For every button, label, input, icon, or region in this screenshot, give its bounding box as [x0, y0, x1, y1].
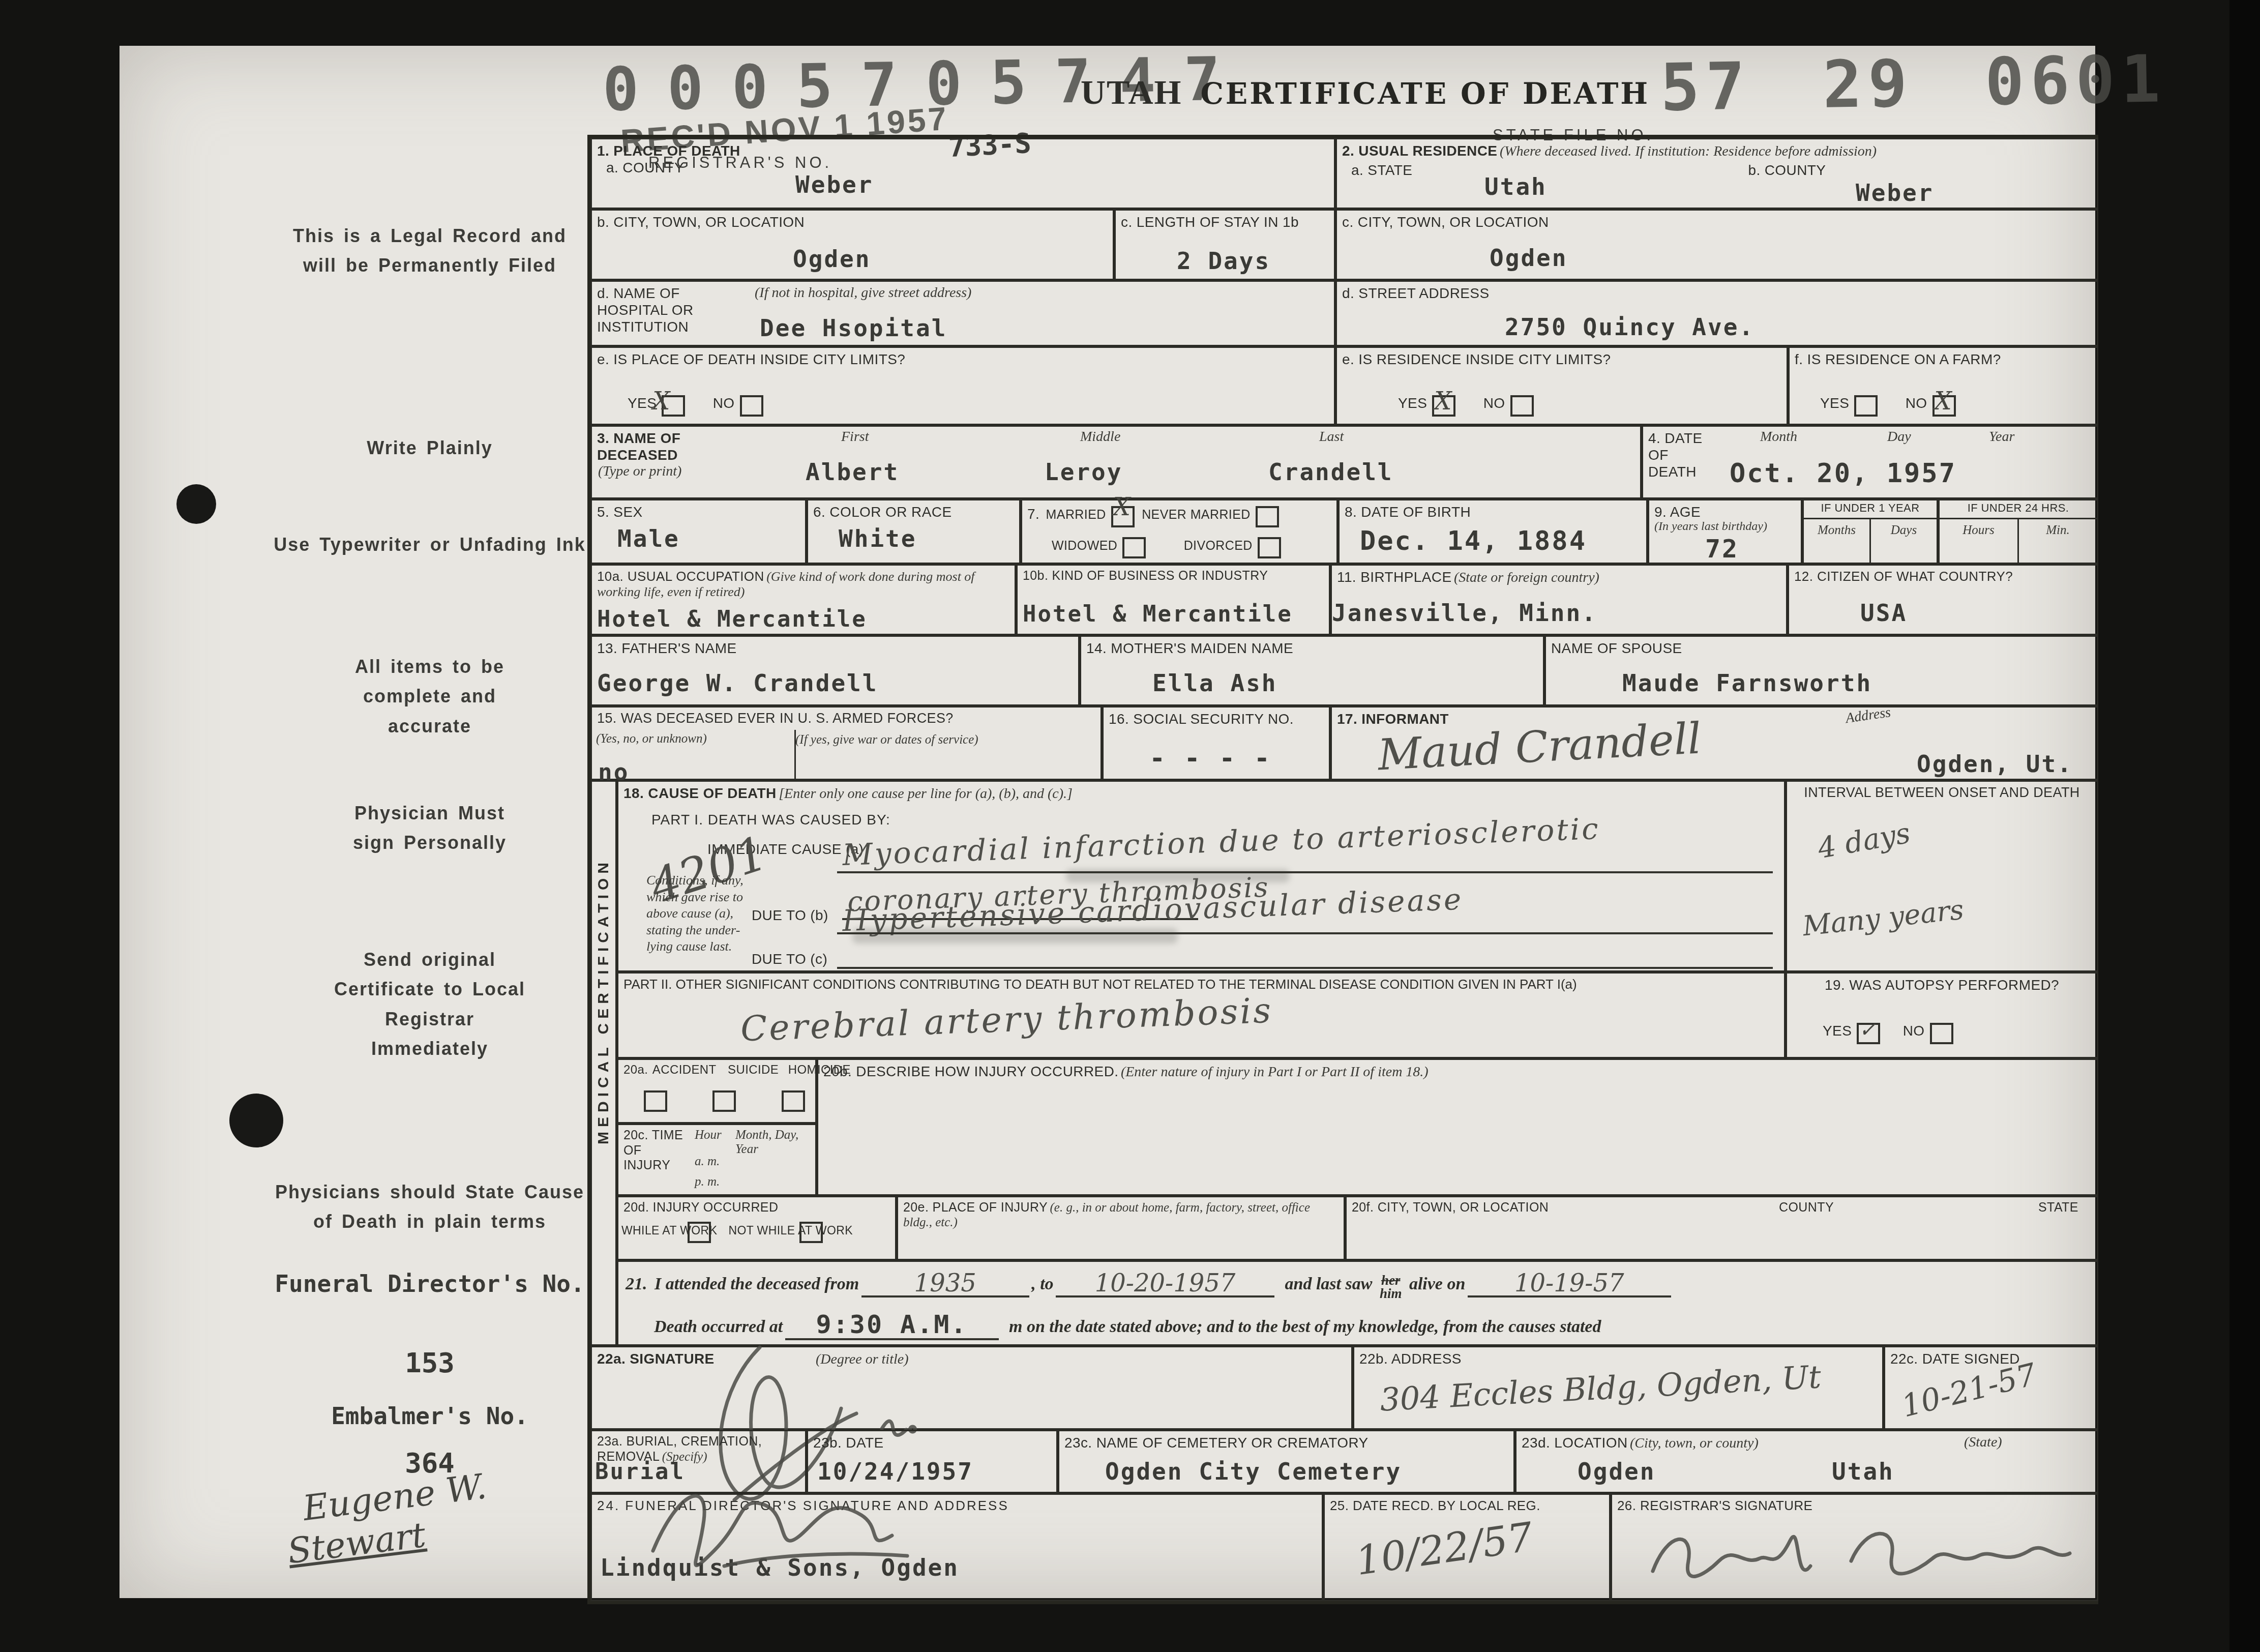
informant-label: 17. INFORMANT [1337, 711, 1449, 727]
last-name-column-label: Last [1319, 429, 1344, 445]
mdy-hint: Month, Day, Year [735, 1128, 815, 1157]
medical-certification-strip: MEDICAL CERTIFICATION [590, 780, 617, 1346]
time-of-injury-label: 20c. TIME OF INJURY [623, 1128, 690, 1173]
field-funeral-director: 24. FUNERAL DIRECTOR'S SIGNATURE AND ADD… [590, 1493, 1323, 1601]
margin-note-complete-accurate: All items to be complete and accurate [318, 652, 542, 741]
usual-residence-hint: (Where deceased lived. If institution: R… [1500, 143, 1877, 159]
field-birthplace: 11. BIRTHPLACE (State or foreign country… [1330, 564, 1788, 635]
death-city-limits-label: e. IS PLACE OF DEATH INSIDE CITY LIMITS? [597, 351, 1329, 368]
field-if-under-1-year: IF UNDER 1 YEAR Months Days [1802, 499, 1938, 564]
date-of-birth-label: 8. DATE OF BIRTH [1345, 504, 1641, 520]
not-while-at-work-checkbox [799, 1222, 823, 1243]
accident-checkbox [644, 1090, 667, 1112]
street-address-label: d. STREET ADDRESS [1342, 285, 2092, 302]
field-injury-occurred: 20d. INJURY OCCURRED WHILE AT WORK NOT W… [617, 1196, 897, 1260]
divorced-label: DIVORCED [1184, 539, 1253, 553]
describe-injury-label: 20b. DESCRIBE HOW INJURY OCCURRED. [823, 1064, 1118, 1079]
hospital-value: Dee Hsopital [760, 314, 947, 342]
yes-checkbox: X [662, 395, 685, 417]
pm-label: p. m. [695, 1175, 720, 1189]
part1-label: PART I. DEATH WAS CAUSED BY: [651, 811, 890, 828]
20a-number: 20a. [623, 1063, 648, 1077]
first-name-column-label: First [841, 429, 869, 445]
length-of-stay-value: 2 Days [1177, 247, 1270, 275]
mother-name-label: 14. MOTHER'S MAIDEN NAME [1086, 640, 1538, 657]
citizenship-label: 12. CITIZEN OF WHAT COUNTRY? [1794, 569, 2092, 584]
birthplace-label: 11. BIRTHPLACE [1337, 569, 1452, 585]
married-check-mark: X [1113, 495, 1131, 519]
field-usual-residence-state-county: 2. USUAL RESIDENCE (Where deceased lived… [1335, 138, 2098, 209]
field-date-signed: 22c. DATE SIGNED 10-21-57 [1884, 1346, 2098, 1430]
field-burial-location: 23d. LOCATION (City, town, or county) (S… [1515, 1430, 2098, 1493]
residence-county-value: Weber [1856, 179, 1934, 206]
field-time-of-injury: 20c. TIME OF INJURY Hour Month, Day, Yea… [617, 1124, 817, 1196]
field-father-name: 13. FATHER'S NAME George W. Crandell [590, 635, 1080, 706]
occupation-value: Hotel & Mercantile [597, 606, 867, 632]
first-name-value: Albert [806, 458, 899, 486]
married-label: MARRIED [1046, 508, 1106, 522]
field-date-of-birth: 8. DATE OF BIRTH Dec. 14, 1884 [1338, 499, 1648, 564]
field-autopsy: 19. WAS AUTOPSY PERFORMED? YES✓ NO [1786, 972, 2098, 1058]
informant-address-label: Address [1845, 704, 1892, 727]
punch-hole-top [176, 484, 216, 524]
conditions-note: Conditions, if any, which gave rise to a… [646, 872, 748, 955]
last-name-value: Crandell [1268, 458, 1393, 486]
age-label: 9. AGE [1654, 504, 1701, 520]
field-interval-onset-death: INTERVAL BETWEEN ONSET AND DEATH 4 days … [1786, 780, 2098, 972]
burial-state-hint: (State) [1964, 1434, 2002, 1451]
date-of-death-value: Oct. 20, 1957 [1730, 458, 1956, 489]
birthplace-hint: (State or foreign country) [1454, 570, 1599, 585]
cemetery-value: Ogden City Cemetery [1105, 1458, 1402, 1485]
days-label: Days [1869, 519, 1937, 563]
scan-right-black-band [2229, 0, 2260, 1652]
physician-address-handwritten: 304 Eccles Bldg, Ogden, Ut [1379, 1358, 1822, 1418]
field-residence-on-farm: f. IS RESIDENCE ON A FARM? YES NOX [1788, 346, 2098, 425]
accident-label: ACCIDENT [652, 1063, 717, 1077]
residence-farm-label: f. IS RESIDENCE ON A FARM? [1795, 351, 2092, 368]
field-length-of-stay: c. LENGTH OF STAY IN 1b 2 Days [1114, 209, 1335, 280]
armed-forces-label: 15. WAS DECEASED EVER IN U. S. ARMED FOR… [597, 711, 1095, 727]
interval-label: INTERVAL BETWEEN ONSET AND DEATH [1792, 785, 2092, 801]
injury-county-label: COUNTY [1779, 1200, 1834, 1216]
no-checkbox [1510, 395, 1534, 417]
cause-line-a1-handwritten: Myocardial infarction due to arterioscle… [842, 811, 1600, 872]
never-married-label: NEVER MARRIED [1142, 508, 1251, 522]
injury-state-label: STATE [2038, 1200, 2078, 1216]
month-column-label: Month [1760, 429, 1797, 445]
marital-number: 7. [1027, 506, 1039, 522]
statement-t3: and last saw [1285, 1275, 1372, 1293]
statement-t6: m on the date stated above; and to the b… [1009, 1317, 1601, 1336]
armed-forces-hint2: (If yes, give war or dates of service) [795, 733, 978, 747]
field-place-of-death-county: 1. PLACE OF DEATH a. COUNTY Weber [590, 138, 1335, 209]
field-hospital-name: d. NAME OF HOSPITAL OR INSTITUTION (If n… [590, 280, 1335, 346]
suicide-checkbox [712, 1090, 736, 1112]
field-spouse-name: NAME OF SPOUSE Maude Farnsworth [1544, 635, 2098, 706]
cause-of-death-hint: [Enter only one cause per line for (a), … [779, 786, 1073, 802]
certificate-title: UTAH CERTIFICATE OF DEATH [1081, 72, 1650, 112]
residence-state-label: a. STATE [1351, 162, 1412, 179]
usual-residence-title: 2. USUAL RESIDENCE [1342, 143, 1497, 159]
field-accident-suicide-homicide: 20a. ACCIDENT SUICIDE HOMICIDE [617, 1058, 817, 1124]
business-value: Hotel & Mercantile [1023, 601, 1293, 627]
certificate-paper: 0005705747 REC'D NOV 1 1957 REGISTRAR'S … [120, 46, 2095, 1598]
title-state: UTAH [1081, 72, 1182, 112]
widowed-checkbox [1122, 537, 1146, 558]
under-1-year-label: IF UNDER 1 YEAR [1806, 501, 1935, 515]
residence-city-label: c. CITY, TOWN, OR LOCATION [1342, 214, 2092, 230]
no-label: NO [1903, 1023, 1925, 1039]
injury-occurred-label: 20d. INJURY OCCURRED [623, 1200, 890, 1216]
age-value: 72 [1705, 534, 1739, 564]
homicide-checkbox [782, 1090, 805, 1112]
field-residence-inside-city-limits: e. IS RESIDENCE INSIDE CITY LIMITS? YESX… [1335, 346, 1788, 425]
sex-label: 5. SEX [597, 504, 800, 520]
months-label: Months [1804, 519, 1869, 563]
mother-name-value: Ella Ash [1152, 669, 1277, 697]
autopsy-label: 19. WAS AUTOPSY PERFORMED? [1792, 977, 2092, 993]
field-date-received: 25. DATE RECD. BY LOCAL REG. 10/22/57 [1323, 1493, 1611, 1601]
margin-note-write-plainly: Write Plainly [287, 433, 572, 463]
county-value: Weber [795, 171, 873, 198]
spouse-label: NAME OF SPOUSE [1551, 640, 2092, 657]
field-usual-occupation: 10a. USUAL OCCUPATION (Give kind of work… [590, 564, 1016, 635]
burial-city-value: Ogden [1578, 1458, 1655, 1485]
certificate-form: 1. PLACE OF DEATH a. COUNTY Weber 2. USU… [587, 135, 2098, 1604]
middle-name-column-label: Middle [1080, 429, 1120, 445]
county-label: a. COUNTY [606, 159, 1329, 176]
funeral-director-no-value: 153 [272, 1345, 587, 1381]
street-address-value: 2750 Quincy Ave. [1505, 313, 1755, 341]
yes-checkbox: X [1432, 395, 1455, 417]
due-to-b-label: DUE TO (b) [752, 907, 828, 924]
margin-note-physician-sign: Physician Must sign Personally [338, 799, 521, 858]
spouse-value: Maude Farnsworth [1622, 669, 1872, 697]
field-death-inside-city-limits: e. IS PLACE OF DEATH INSIDE CITY LIMITS?… [590, 346, 1335, 425]
punch-hole-bottom [229, 1094, 283, 1147]
residence-city-limits-label: e. IS RESIDENCE INSIDE CITY LIMITS? [1342, 351, 1781, 368]
hours-label: Hours [1940, 519, 2017, 563]
embalmers-no-label: Embalmer's No. [272, 1401, 587, 1432]
date-of-birth-value: Dec. 14, 1884 [1360, 526, 1587, 556]
field-cemetery-name: 23c. NAME OF CEMETERY OR CREMATORY Ogden… [1058, 1430, 1515, 1493]
field-registrar-signature: 26. REGISTRAR'S SIGNATURE [1611, 1493, 2098, 1601]
field-street-address: d. STREET ADDRESS 2750 Quincy Ave. [1335, 280, 2098, 346]
attended-from-handwritten: 1935 [914, 1269, 976, 1297]
place-of-injury-label: 20e. PLACE OF INJURY [903, 1200, 1048, 1215]
date-received-label: 25. DATE RECD. BY LOCAL REG. [1330, 1498, 1604, 1514]
informant-address-value: Ogden, Ut. [1917, 750, 2073, 778]
title-main: CERTIFICATE OF DEATH [1200, 77, 1650, 111]
field-physician-signature: 22a. SIGNATURE (Degree or title) [590, 1346, 1353, 1430]
interval-b-handwritten: Many years [1801, 894, 1966, 942]
type-or-print-hint: (Type or print) [598, 463, 681, 480]
funeral-director-no-label: Funeral Director's No. [272, 1269, 587, 1300]
statement-t4: alive on [1409, 1275, 1465, 1293]
field-age: 9. AGE (In years last birthday) 72 [1648, 499, 1802, 564]
field-name-of-deceased: 3. NAME OF DECEASED (Type or print) Firs… [590, 425, 1642, 499]
divorced-checkbox [1258, 537, 1281, 558]
never-married-checkbox [1256, 506, 1279, 527]
state-file-no-stamp: 57 29 0601 [1660, 41, 2167, 126]
no-label: NO [1483, 395, 1505, 411]
field-citizenship: 12. CITIZEN OF WHAT COUNTRY? USA [1788, 564, 2098, 635]
field-part2-conditions: PART II. OTHER SIGNIFICANT CONDITIONS CO… [617, 972, 1786, 1058]
middle-name-value: Leroy [1045, 458, 1122, 486]
while-at-work-checkbox [688, 1222, 711, 1243]
armed-forces-hint1: (Yes, no, or unknown) [596, 732, 707, 746]
field-color-or-race: 6. COLOR OR RACE White [807, 499, 1021, 564]
father-name-label: 13. FATHER'S NAME [597, 640, 1073, 657]
widowed-label: WIDOWED [1052, 539, 1117, 553]
funeral-director-signature-squiggle [622, 1449, 928, 1597]
ssn-value: - - - - [1149, 743, 1271, 774]
due-to-c-label: DUE TO (c) [752, 951, 827, 967]
margin-note-plain-terms: Physicians should State Cause of Death i… [272, 1177, 587, 1237]
married-checkbox: X [1111, 506, 1135, 527]
field-informant: 17. INFORMANT Address Maud Crandell Ogde… [1330, 706, 2098, 780]
field-armed-forces: 15. WAS DECEASED EVER IN U. S. ARMED FOR… [590, 706, 1102, 780]
statement-t1: I attended the deceased from [655, 1275, 859, 1293]
field-marital-status: 7. MARRIEDX NEVER MARRIED WIDOWED DIVORC… [1021, 499, 1338, 564]
margin-note-send-original: Send original Certificate to Local Regis… [333, 945, 526, 1064]
autopsy-no-checkbox [1930, 1023, 1953, 1044]
registrar-signature-squiggle [1632, 1510, 2080, 1602]
attended-to-handwritten: 10-20-1957 [1095, 1269, 1236, 1297]
field-describe-injury: 20b. DESCRIBE HOW INJURY OCCURRED. (Ente… [817, 1058, 2098, 1196]
yes-label: YES [1823, 1023, 1852, 1039]
length-of-stay-label: c. LENGTH OF STAY IN 1b [1121, 214, 1329, 230]
field-social-security: 16. SOCIAL SECURITY NO. - - - - [1102, 706, 1330, 780]
no-label: NO [713, 395, 735, 411]
interval-a-handwritten: 4 days [1816, 817, 1913, 866]
under-24-hrs-label: IF UNDER 24 HRS. [1942, 501, 2095, 515]
autopsy-yes-checkbox: ✓ [1857, 1023, 1880, 1044]
field-injury-location: 20f. CITY, TOWN, OR LOCATION COUNTY STAT… [1345, 1196, 2098, 1260]
field-if-under-24-hrs: IF UNDER 24 HRS. Hours Min. [1938, 499, 2098, 564]
birthplace-value: Janesville, Minn. [1332, 599, 1597, 627]
age-hint: (In years last birthday) [1654, 520, 1796, 533]
part2-label: PART II. OTHER SIGNIFICANT CONDITIONS CO… [623, 977, 1779, 992]
field-mother-maiden-name: 14. MOTHER'S MAIDEN NAME Ella Ash [1080, 635, 1544, 706]
hospital-label: d. NAME OF HOSPITAL OR INSTITUTION [597, 285, 739, 335]
business-label: 10b. KIND OF BUSINESS OR INDUSTRY [1023, 569, 1324, 584]
sex-value: Male [617, 525, 680, 552]
her-struck: her [1380, 1274, 1402, 1287]
date-of-death-label: 4. DATE OF DEATH [1648, 430, 1704, 480]
field-residence-city: c. CITY, TOWN, OR LOCATION Ogden [1335, 209, 2098, 280]
him-word: him [1380, 1287, 1402, 1301]
no-checkbox: X [1932, 395, 1956, 417]
ssn-label: 16. SOCIAL SECURITY NO. [1109, 711, 1324, 727]
while-at-work-label: WHILE AT WORK [621, 1224, 682, 1237]
min-label: Min. [2017, 519, 2097, 563]
father-name-value: George W. Crandell [597, 669, 878, 697]
day-column-label: Day [1887, 429, 1911, 445]
cemetery-label: 23c. NAME OF CEMETERY OR CREMATORY [1064, 1434, 1508, 1451]
margin-note-legal-record: This is a Legal Record and will be Perma… [287, 221, 572, 281]
field-physician-address: 22b. ADDRESS 304 Eccles Bldg, Ogden, Ut [1353, 1346, 1884, 1430]
no-label: NO [1906, 395, 1927, 411]
describe-injury-hint: (Enter nature of injury in Part I or Par… [1121, 1064, 1429, 1080]
year-column-label: Year [1989, 429, 2014, 445]
field-cause-of-death: 18. CAUSE OF DEATH [Enter only one cause… [617, 780, 1786, 972]
date-signed-label: 22c. DATE SIGNED [1890, 1350, 2092, 1367]
cause-of-death-label: 18. CAUSE OF DEATH [623, 785, 777, 801]
death-city-label: b. CITY, TOWN, OR LOCATION [597, 214, 1108, 230]
hour-hint: Hour [695, 1128, 722, 1142]
name-of-deceased-label: 3. NAME OF DECEASED [597, 430, 714, 463]
yes-check-mark: X [652, 389, 670, 414]
field-date-of-death: 4. DATE OF DEATH Month Day Year Oct. 20,… [1642, 425, 2098, 499]
suicide-label: SUICIDE [728, 1063, 779, 1077]
field-place-of-injury: 20e. PLACE OF INJURY (e. g., in or about… [897, 1196, 1345, 1260]
field-death-city: b. CITY, TOWN, OR LOCATION Ogden [590, 209, 1114, 280]
part2-value-handwritten: Cerebral artery thrombosis [740, 991, 1273, 1049]
burial-state-value: Utah [1832, 1458, 1894, 1485]
date-received-handwritten: 10/22/57 [1353, 1514, 1535, 1584]
burial-location-hint: (City, town, or county) [1630, 1435, 1759, 1451]
statement-t2: , to [1031, 1275, 1053, 1293]
autopsy-check-mark: ✓ [1859, 1020, 1876, 1040]
scanned-death-certificate: { "header": { "stamp_digits": "000570574… [0, 0, 2260, 1652]
place-of-death-title: 1. PLACE OF DEATH [597, 142, 1329, 159]
color-race-label: 6. COLOR OR RACE [813, 504, 1014, 520]
no-check-mark: X [1935, 389, 1952, 414]
occupation-label: 10a. USUAL OCCUPATION [597, 569, 764, 584]
medical-certification-label: MEDICAL CERTIFICATION [595, 858, 612, 1144]
injury-city-label: 20f. CITY, TOWN, OR LOCATION [1352, 1200, 1549, 1215]
residence-state-value: Utah [1484, 173, 1547, 200]
yes-check-mark: X [1434, 389, 1451, 414]
yes-label: YES [1820, 395, 1849, 411]
yes-checkbox [1854, 395, 1878, 417]
last-seen-handwritten: 10-19-57 [1514, 1269, 1624, 1297]
margin-note-typewriter: Use Typewriter or Unfading Ink [272, 530, 587, 559]
not-while-at-work-label: NOT WHILE AT WORK [728, 1224, 794, 1237]
residence-county-label: b. COUNTY [1748, 162, 1826, 179]
color-race-value: White [839, 525, 916, 552]
yes-label: YES [1398, 395, 1427, 411]
statement-number: 21. [626, 1275, 647, 1293]
burial-location-label: 23d. LOCATION [1522, 1435, 1628, 1451]
death-city-value: Ogden [793, 245, 871, 273]
field-business-industry: 10b. KIND OF BUSINESS OR INDUSTRY Hotel … [1016, 564, 1330, 635]
field-sex: 5. SEX Male [590, 499, 807, 564]
citizenship-value: USA [1860, 599, 1907, 627]
no-checkbox [740, 395, 763, 417]
am-label: a. m. [695, 1155, 720, 1169]
residence-city-value: Ogden [1490, 244, 1567, 272]
